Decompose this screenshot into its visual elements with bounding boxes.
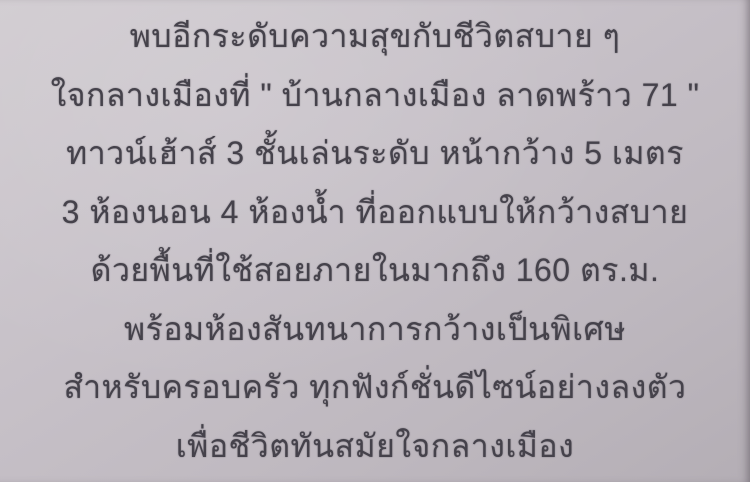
ad-copy-block: พบอีกระดับความสุขกับชีวิตสบาย ๆ ใจกลางเม… (0, 0, 750, 482)
ad-line-2: ใจกลางเมืองที่ " บ้านกลางเมือง ลาดพร้าว … (51, 66, 700, 125)
ad-line-6: พร้อมห้องสันทนาการกว้างเป็นพิเศษ (124, 300, 626, 359)
ad-line-3: ทาวน์เฮ้าส์ 3 ชั้นเล่นระดับ หน้ากว้าง 5 … (66, 124, 684, 183)
ad-line-8: เพื่อชีวิตทันสมัยใจกลางเมือง (176, 417, 574, 476)
ad-line-4: 3 ห้องนอน 4 ห้องน้ำ ที่ออกแบบให้กว้างสบา… (62, 183, 689, 242)
photo-background: พบอีกระดับความสุขกับชีวิตสบาย ๆ ใจกลางเม… (0, 0, 750, 482)
ad-line-1: พบอีกระดับความสุขกับชีวิตสบาย ๆ (130, 7, 621, 66)
ad-line-5: ด้วยพื้นที่ใช้สอยภายในมากถึง 160 ตร.ม. (91, 241, 660, 300)
ad-line-7: สำหรับครอบครัว ทุกฟังก์ชั่นดีไซน์อย่างลง… (64, 358, 687, 417)
